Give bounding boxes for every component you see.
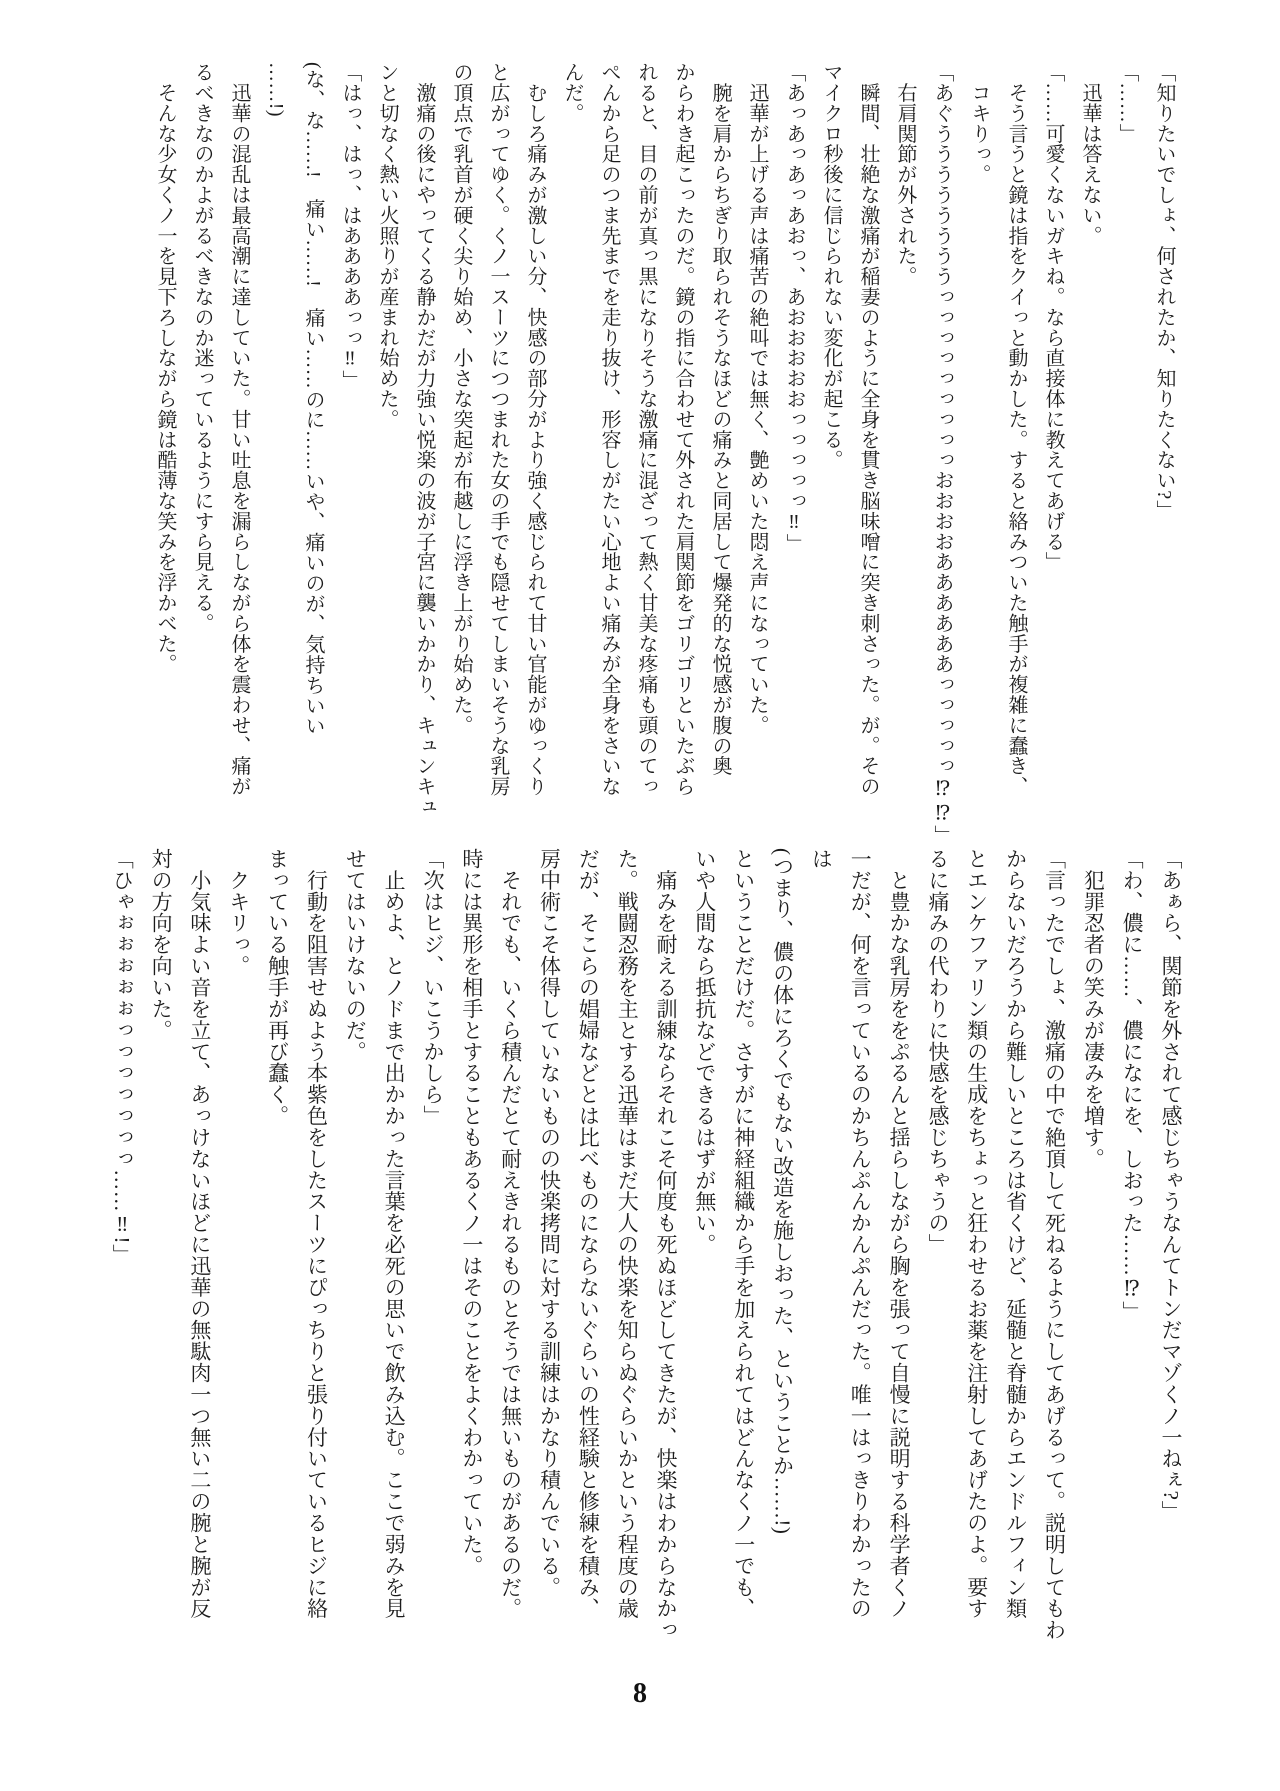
text-column: 「ひゃぉぉぉぉぉっっっっっっっ……‼!」 <box>102 848 141 1640</box>
text-column: 「知りたいでしょ、何されたか、知りたくない?」 <box>1145 62 1182 807</box>
text-column: るに痛みの代わりに快感を感じちゃうの」 <box>918 848 957 1640</box>
text-column: 腕を肩からちぎり取られそうなほどの痛みと同居して爆発的な悦感が腹の奥 <box>701 62 738 807</box>
text-block-top: 「知りたいでしょ、何されたか、知りたくない?」「……」 迅華は答えない。「……可… <box>146 62 1182 807</box>
text-column: ……!) <box>257 62 294 807</box>
text-column: 行動を阻害せぬよう本紫色をしたスーツにぴっちりと張り付いているヒジに絡 <box>297 848 336 1640</box>
text-column: た。戦闘忍務を主とする迅華はまだ大人の快楽を知らぬぐらいかという程度の歳 <box>607 848 646 1640</box>
text-column: まっている触手が再び蠢く。 <box>258 848 297 1640</box>
text-column: 右肩関節が外された。 <box>886 62 923 807</box>
text-column: るべきなのかよがるべきなのか迷っているようにすら見える。 <box>183 62 220 807</box>
text-column: 「次はヒジ、いこうかしら」 <box>413 848 452 1640</box>
text-column: 「あぁら、関節を外されて感じちゃうなんてトンだマゾくノ一ねぇ?」 <box>1151 848 1190 1640</box>
text-column: んだ。 <box>553 62 590 807</box>
text-column: 「あっあっあっあおっ、あおおおおおっっっっっ‼」 <box>775 62 812 807</box>
text-column: 迅華の混乱は最高潮に達していた。甘い吐息を漏らしながら体を震わせ、痛が <box>220 62 257 807</box>
text-column: 「あぐううううううううっっっっっっっっっおおおおああああああっっっっっ⁉⁉」 <box>923 62 960 807</box>
text-column: (な、な……! 痛い……! 痛い……のに……いや、痛いのが、気持ちいい <box>294 62 331 807</box>
text-column: 時には異形を相手とすることもあるくノ一はそのことをよくわかっていた。 <box>452 848 491 1640</box>
text-column: マイクロ秒後に信じられない変化が起こる。 <box>812 62 849 807</box>
text-column: 迅華は答えない。 <box>1071 62 1108 807</box>
text-column: と豊かな乳房ををぷるんと揺らしながら胸を張って自慢に説明する科学者くノ <box>879 848 918 1640</box>
text-column: (つまり、儂の体にろくでもない改造を施しおった、ということか……!) <box>763 848 802 1640</box>
text-column: 「はっ、はっ、はああああっっ‼」 <box>331 62 368 807</box>
page-number: 8 <box>0 1678 1280 1710</box>
text-column: 房中術こそ体得していないものの快楽拷問に対する訓練はかなり積んでいる。 <box>530 848 569 1640</box>
text-column: からわき起こったのだ。鏡の指に合わせて外された肩関節をゴリゴリといたぶら <box>664 62 701 807</box>
text-column: 迅華が上げる声は痛苦の絶叫では無く、艶めいた悶え声になっていた。 <box>738 62 775 807</box>
novel-page: { "page": { "number": "8", "background_c… <box>0 0 1280 1791</box>
text-column: 「言ったでしょ、激痛の中で絶頂して死ねるようにしてあげるって。説明してもわ <box>1035 848 1074 1640</box>
text-column: クキリっ。 <box>219 848 258 1640</box>
text-column: いや人間なら抵抗などできるはずが無い。 <box>685 848 724 1640</box>
text-column: それでも、いくら積んだとて耐えきれるものとそうでは無いものがあるのだ。 <box>491 848 530 1640</box>
text-column: ぺんから足のつま先までを走り抜け、形容しがたい心地よい痛みが全身をさいな <box>590 62 627 807</box>
text-column: の頂点で乳首が硬く尖り始め、小さな突起が布越しに浮き上がり始めた。 <box>442 62 479 807</box>
text-column: 激痛の後にやってくる静かだが力強い悦楽の波が子宮に襲いかかり、キュンキュ <box>405 62 442 807</box>
text-column: 「……可愛くないガキね。なら直接体に教えてあげる」 <box>1034 62 1071 807</box>
text-column: 犯罪忍者の笑みが凄みを増す。 <box>1073 848 1112 1640</box>
text-column: ということだけだ。さすがに神経組織から手を加えられてはどんなくノ一でも、 <box>724 848 763 1640</box>
text-column: からないだろうから難しいところは省くけど、延髄と脊髄からエンドルフィン類 <box>996 848 1035 1640</box>
text-column: 止めよ、とノドまで出かかった言葉を必死の思いで飲み込む。ここで弱みを見 <box>374 848 413 1640</box>
text-column: 「わ、儂に……、儂になにを、しおった……⁉」 <box>1112 848 1151 1640</box>
text-column: 一だが、何を言っているのかちんぷんかんぷんだった。唯一はっきりわかったの <box>840 848 879 1640</box>
text-column: 痛みを耐える訓練ならそれこそ何度も死ぬほどしてきたが、快楽はわからなかっ <box>646 848 685 1640</box>
text-column: 小気味よい音を立て、あっけないほどに迅華の無駄肉一つ無い二の腕と腕が反 <box>180 848 219 1640</box>
text-column: そんな少女くノ一を見下ろしながら鏡は酷薄な笑みを浮かべた。 <box>146 62 183 807</box>
text-column: むしろ痛みが激しい分、快感の部分がより強く感じられて甘い官能がゆっくり <box>516 62 553 807</box>
text-column: 対の方向を向いた。 <box>141 848 180 1640</box>
text-column: 「……」 <box>1108 62 1145 807</box>
text-block-bottom: 「あぁら、関節を外されて感じちゃうなんてトンだマゾくノ一ねぇ?」「わ、儂に……、… <box>102 848 1190 1640</box>
text-column: ンと切なく熱い火照りが産まれ始めた。 <box>368 62 405 807</box>
text-column: せてはいけないのだ。 <box>335 848 374 1640</box>
text-column: と広がってゆく。くノ一スーツにつつまれた女の手でも隠せてしまいそうな乳房 <box>479 62 516 807</box>
text-column: とエンケファリン類の生成をちょっと狂わせるお薬を注射してあげたのよ。要す <box>957 848 996 1640</box>
text-column: は <box>802 848 841 1640</box>
text-column: れると、目の前が真っ黒になりそうな激痛に混ざって熱く甘美な疼痛も頭のてっ <box>627 62 664 807</box>
text-column: だが、そこらの娼婦などとは比べものにならないぐらいの性経験と修練を積み、 <box>569 848 608 1640</box>
text-column: コキりっ。 <box>960 62 997 807</box>
text-column: 瞬間、壮絶な激痛が稲妻のように全身を貫き脳味噌に突き刺さった。が。その <box>849 62 886 807</box>
text-column: そう言うと鏡は指をクイっと動かした。すると絡みついた触手が複雑に蠢き、 <box>997 62 1034 807</box>
